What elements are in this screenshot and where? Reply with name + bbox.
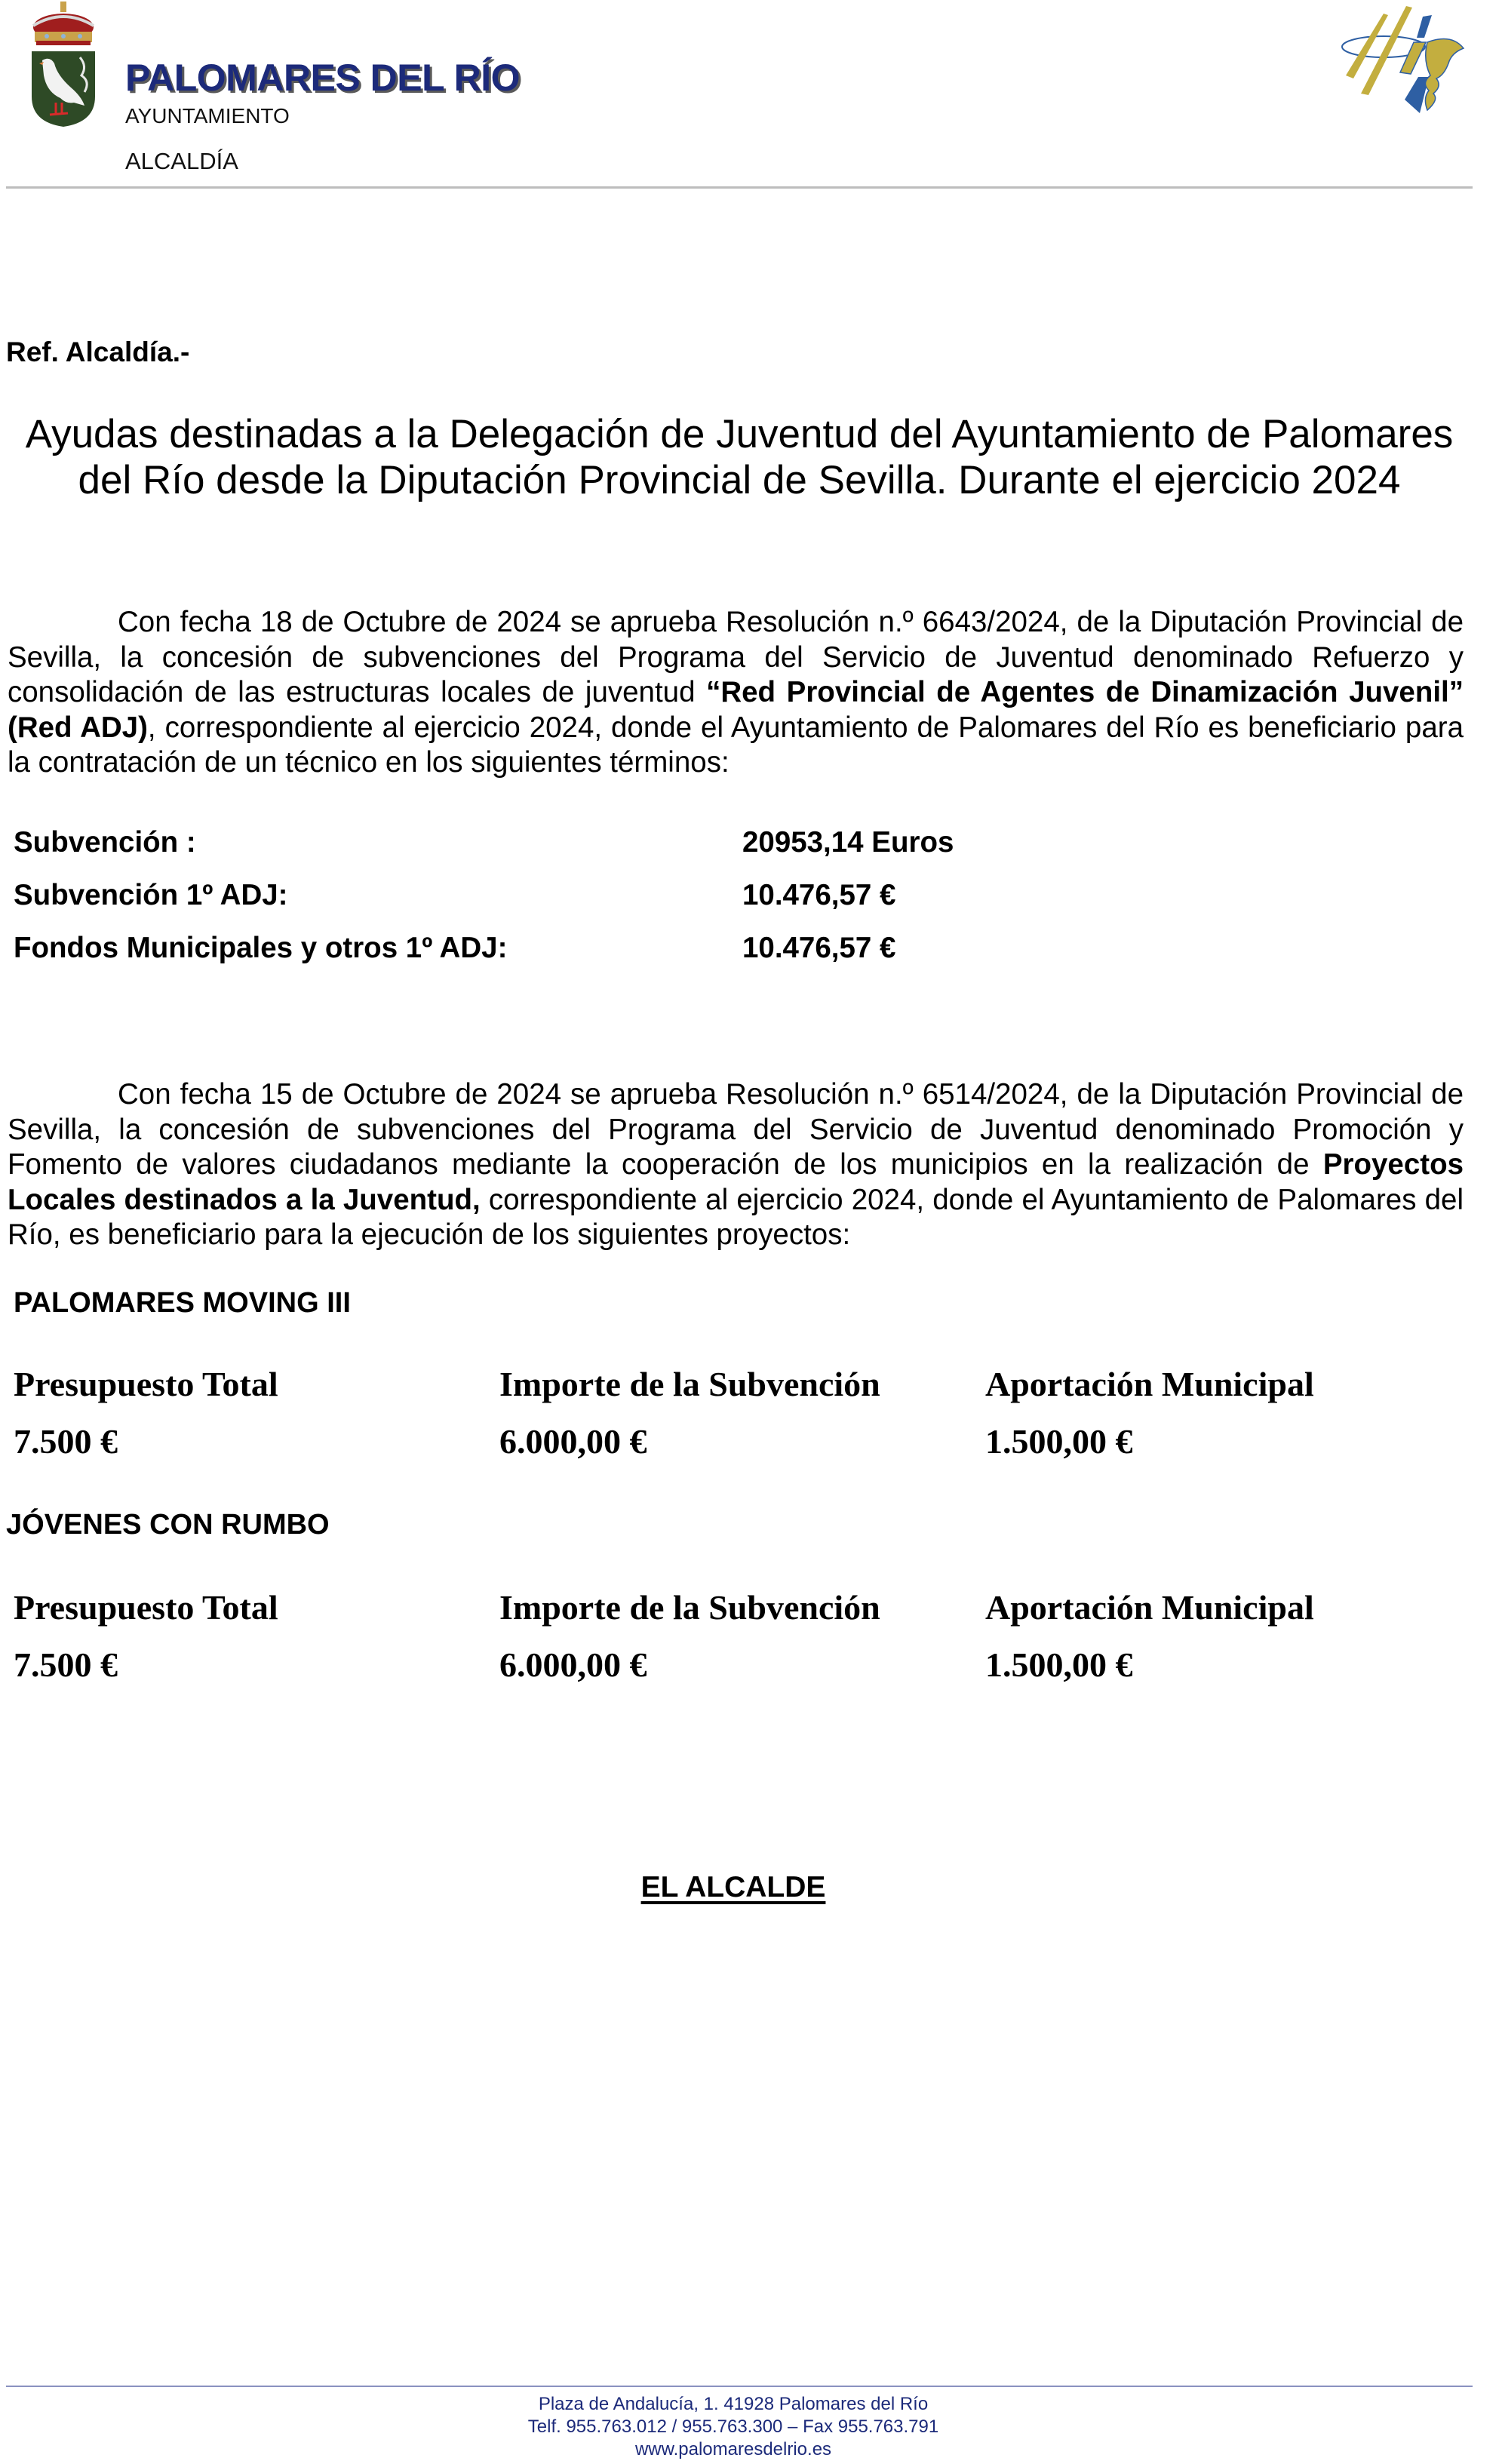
reference-label: Ref. Alcaldía.- [6,336,189,368]
column-header: Aportación Municipal [985,1587,1314,1627]
footer-website-link[interactable]: www.palomaresdelrio.es [0,2438,1467,2461]
municipality-name: PALOMARES DEL RÍO [125,56,520,100]
project-title: JÓVENES CON RUMBO [6,1509,330,1541]
footer: Plaza de Andalucía, 1. 41928 Palomares d… [0,2393,1467,2461]
subsidy-value: 10.476,57 € [742,879,895,912]
footer-divider [6,2386,1473,2387]
subsidy-amount: 6.000,00 € [499,1421,647,1461]
municipality-subtitle: AYUNTAMIENTO [125,104,290,128]
footer-phones: Telf. 955.763.012 / 955.763.300 – Fax 95… [0,2416,1467,2438]
column-header: Importe de la Subvención [499,1364,880,1404]
footer-address: Plaza de Andalucía, 1. 41928 Palomares d… [0,2393,1467,2416]
budget-total: 7.500 € [14,1645,118,1685]
resolution-paragraph-1: Con fecha 18 de Octubre de 2024 se aprue… [8,605,1464,781]
subsidy-row: Fondos Municipales y otros 1º ADJ: 10.47… [14,932,1070,969]
project-title: PALOMARES MOVING III [14,1287,351,1320]
column-header: Importe de la Subvención [499,1587,880,1627]
municipal-contribution: 1.500,00 € [985,1421,1133,1461]
paragraph-text: Con fecha 15 de Octubre de 2024 se aprue… [8,1078,1464,1181]
subsidy-label: Subvención 1º ADJ: [14,879,287,912]
youth-logo-icon [1338,0,1467,121]
column-header: Presupuesto Total [14,1587,278,1627]
resolution-paragraph-2: Con fecha 15 de Octubre de 2024 se aprue… [8,1077,1464,1253]
department-label: ALCALDÍA [125,148,238,175]
subsidy-label: Subvención : [14,826,196,859]
coat-of-arms-icon [27,0,100,128]
column-header: Aportación Municipal [985,1364,1314,1404]
subsidy-row: Subvención 1º ADJ: 10.476,57 € [14,879,1070,917]
subsidy-value: 10.476,57 € [742,932,895,965]
paragraph-text: , correspondiente al ejercicio 2024, don… [8,711,1464,779]
signature-block: EL ALCALDE [0,1871,1467,1904]
subsidy-label: Fondos Municipales y otros 1º ADJ: [14,932,507,965]
subsidy-value: 20953,14 Euros [742,826,954,859]
subsidy-amount: 6.000,00 € [499,1645,647,1685]
column-header: Presupuesto Total [14,1364,278,1404]
municipal-contribution: 1.500,00 € [985,1645,1133,1685]
signatory-title: EL ALCALDE [641,1871,826,1903]
budget-total: 7.500 € [14,1421,118,1461]
subsidy-row: Subvención : 20953,14 Euros [14,826,1070,864]
document-title: Ayudas destinadas a la Delegación de Juv… [6,411,1473,503]
header-divider [6,186,1473,189]
